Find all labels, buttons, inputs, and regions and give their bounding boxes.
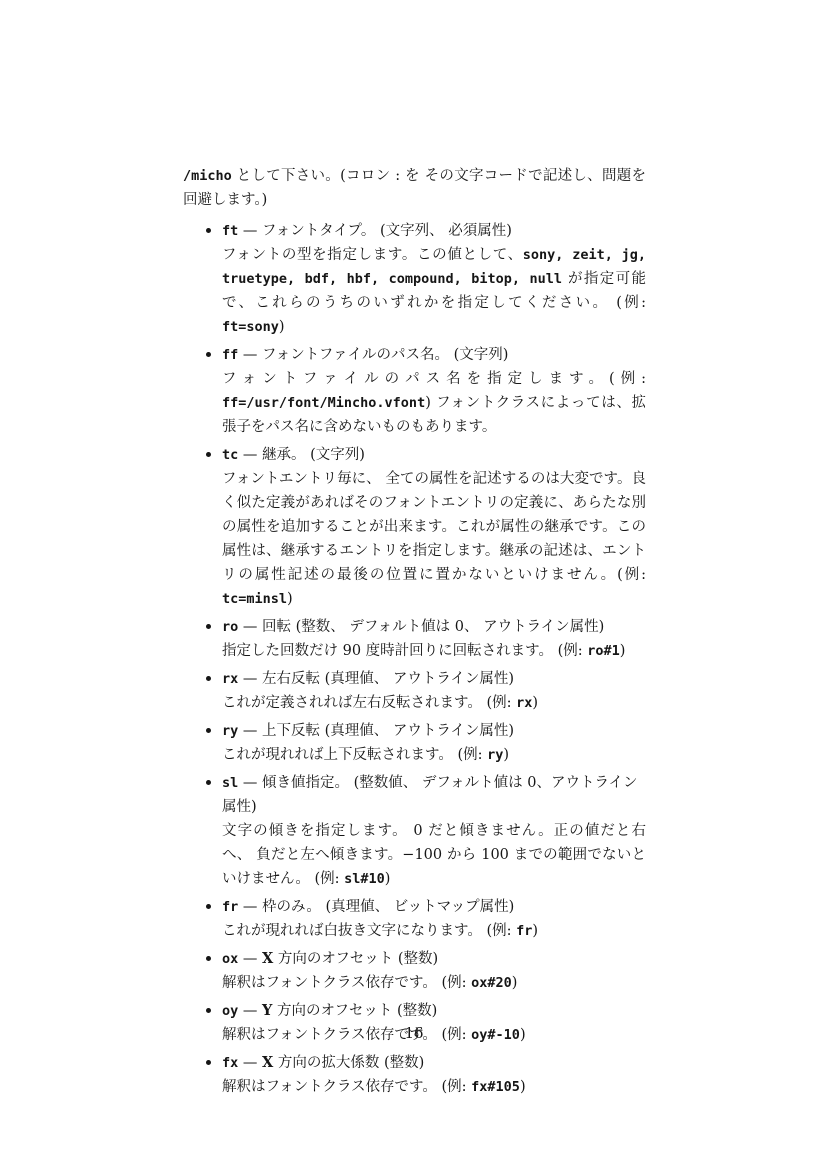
body-text: — [238,1003,262,1019]
bullet-icon [206,728,211,733]
page-content: /micho として下さい。(コロン : を その文字コードで記述し、問題を回避… [183,164,646,1103]
body-text: 解釈はフォントクラス依存です。 (例: [222,1079,471,1095]
body-text: ) [532,695,538,711]
bullet-icon [206,452,211,457]
code-text: fr [222,899,238,915]
body-text: ) [503,747,509,763]
code-text: ff [222,347,238,363]
code-text: ry [487,747,503,763]
attribute-list-item: tc — 継承。 (文字列) フォントエントリ毎に、 全ての属性を記述するのは大… [222,443,646,611]
bullet-icon [206,956,211,961]
code-text: ro#1 [587,643,620,659]
body-text: これが現れれば上下反転されます。 (例: [222,747,487,763]
item-body: 指定した回数だけ 90 度時計回りに回転されます。 (例: ro#1) [222,639,646,663]
attribute-list: ft — フォントタイプ。 (文字列、 必須属性) フォントの型を指定します。こ… [183,219,646,1099]
body-text: 方向のオフセット (整数) [272,1003,437,1019]
body-text: これが現れれば白抜き文字になります。 (例: [222,923,516,939]
body-text: — 傾き値指定。 (整数値、 デフォルト値は 0、アウトライン属性) [222,775,638,815]
body-text: — 継承。 (文字列) [238,447,365,463]
attribute-list-item: ry — 上下反転 (真理値、 アウトライン属性) これが現れれば上下反転されま… [222,719,646,767]
code-text: fr [516,923,532,939]
item-body: これが現れれば白抜き文字になります。 (例: fr) [222,919,646,943]
attribute-list-item: ft — フォントタイプ。 (文字列、 必須属性) フォントの型を指定します。こ… [222,219,646,339]
bullet-icon [206,624,211,629]
item-heading: ft — フォントタイプ。 (文字列、 必須属性) [222,219,646,243]
bullet-icon [206,780,211,785]
bullet-icon [206,1008,211,1013]
attribute-list-item: rx — 左右反転 (真理値、 アウトライン属性) これが定義されれば左右反転さ… [222,667,646,715]
page-number: 16 [0,1021,828,1045]
item-body: フォントエントリ毎に、 全ての属性を記述するのは大変です。良く似た定義があればそ… [222,467,646,611]
attribute-list-item: fx — X 方向の拡大係数 (整数) 解釈はフォントクラス依存です。 (例: … [222,1051,646,1099]
body-text: フォントファイルのパス名を指定します。(例: [222,371,646,387]
code-text: sl#10 [344,871,385,887]
item-body: フォントファイルのパス名を指定します。(例: ff=/usr/font/Minc… [222,367,646,439]
code-text: tc=minsl [222,591,287,607]
item-heading: fx — X 方向の拡大係数 (整数) [222,1051,646,1075]
bullet-icon [206,228,211,233]
item-heading: oy — Y 方向のオフセット (整数) [222,999,646,1023]
body-text: X [262,950,273,967]
body-text: フォントの型を指定します。この値として、 [222,247,523,263]
item-body: これが定義されれば左右反転されます。 (例: rx) [222,691,646,715]
body-text: ) [532,923,538,939]
attribute-list-item: sl — 傾き値指定。 (整数値、 デフォルト値は 0、アウトライン属性) 文字… [222,771,646,891]
body-text: ) [385,871,391,887]
code-text: fx#105 [471,1079,520,1095]
attribute-list-item: ff — フォントファイルのパス名。 (文字列) フォントファイルのパス名を指定… [222,343,646,439]
body-text: ) [512,975,518,991]
document-page: /micho として下さい。(コロン : を その文字コードで記述し、問題を回避… [0,0,828,1171]
body-text: 文字の傾きを指定します。 0 だと傾きません。正の値だと右へ、 負だと左へ傾きま… [222,823,646,887]
attribute-list-item: ro — 回転 (整数、 デフォルト値は 0、 アウトライン属性) 指定した回数… [222,615,646,663]
body-text: — 回転 (整数、 デフォルト値は 0、 アウトライン属性) [238,619,604,635]
body-text: — 左右反転 (真理値、 アウトライン属性) [238,671,514,687]
item-body: 解釈はフォントクラス依存です。 (例: ox#20) [222,971,646,995]
code-text: ff=/usr/font/Mincho.vfont [222,395,425,411]
code-text: /micho [183,168,232,184]
code-text: ry [222,723,238,739]
body-text: ) [520,1079,526,1095]
item-heading: fr — 枠のみ。 (真理値、 ビットマップ属性) [222,895,646,919]
bullet-icon [206,352,211,357]
attribute-list-item: ox — X 方向のオフセット (整数) 解釈はフォントクラス依存です。 (例:… [222,947,646,995]
code-text: rx [222,671,238,687]
body-text: — フォントファイルのパス名。 (文字列) [238,347,508,363]
item-body: これが現れれば上下反転されます。 (例: ry) [222,743,646,767]
body-text: 方向の拡大係数 (整数) [273,1055,424,1071]
code-text: rx [516,695,532,711]
item-heading: tc — 継承。 (文字列) [222,443,646,467]
code-text: sl [222,775,238,791]
body-text: — [238,1055,262,1071]
body-text: ) [279,319,285,335]
body-text: X [262,1054,273,1071]
item-heading: ox — X 方向のオフセット (整数) [222,947,646,971]
body-text: ) [287,591,293,607]
item-heading: sl — 傾き値指定。 (整数値、 デフォルト値は 0、アウトライン属性) [222,771,646,819]
code-text: ft=sony [222,319,279,335]
body-text: — 上下反転 (真理値、 アウトライン属性) [238,723,514,739]
bullet-icon [206,1060,211,1065]
item-heading: ff — フォントファイルのパス名。 (文字列) [222,343,646,367]
item-heading: ry — 上下反転 (真理値、 アウトライン属性) [222,719,646,743]
body-text: として下さい。(コロン : を その文字コードで記述し、問題を回避します。) [183,168,646,208]
body-text: ) [620,643,626,659]
intro-paragraph: /micho として下さい。(コロン : を その文字コードで記述し、問題を回避… [183,164,646,212]
code-text: ox#20 [471,975,512,991]
code-text: ox [222,951,238,967]
body-text: — フォントタイプ。 (文字列、 必須属性) [238,223,512,239]
item-body: 解釈はフォントクラス依存です。 (例: fx#105) [222,1075,646,1099]
body-text: これが定義されれば左右反転されます。 (例: [222,695,516,711]
bullet-icon [206,676,211,681]
item-heading: ro — 回転 (整数、 デフォルト値は 0、 アウトライン属性) [222,615,646,639]
code-text: ft [222,223,238,239]
code-text: tc [222,447,238,463]
body-text: 指定した回数だけ 90 度時計回りに回転されます。 (例: [222,643,587,659]
body-text: — 枠のみ。 (真理値、 ビットマップ属性) [238,899,514,915]
body-text: — [238,951,262,967]
body-text: 方向のオフセット (整数) [273,951,438,967]
body-text: Y [262,1002,272,1019]
code-text: ro [222,619,238,635]
code-text: fx [222,1055,238,1071]
body-text: 解釈はフォントクラス依存です。 (例: [222,975,471,991]
code-text: oy [222,1003,238,1019]
body-text: フォントエントリ毎に、 全ての属性を記述するのは大変です。良く似た定義があればそ… [222,471,646,583]
item-body: フォントの型を指定します。この値として、sony, zeit, jg, true… [222,243,646,339]
item-body: 文字の傾きを指定します。 0 だと傾きません。正の値だと右へ、 負だと左へ傾きま… [222,819,646,891]
attribute-list-item: fr — 枠のみ。 (真理値、 ビットマップ属性) これが現れれば白抜き文字にな… [222,895,646,943]
item-heading: rx — 左右反転 (真理値、 アウトライン属性) [222,667,646,691]
bullet-icon [206,904,211,909]
